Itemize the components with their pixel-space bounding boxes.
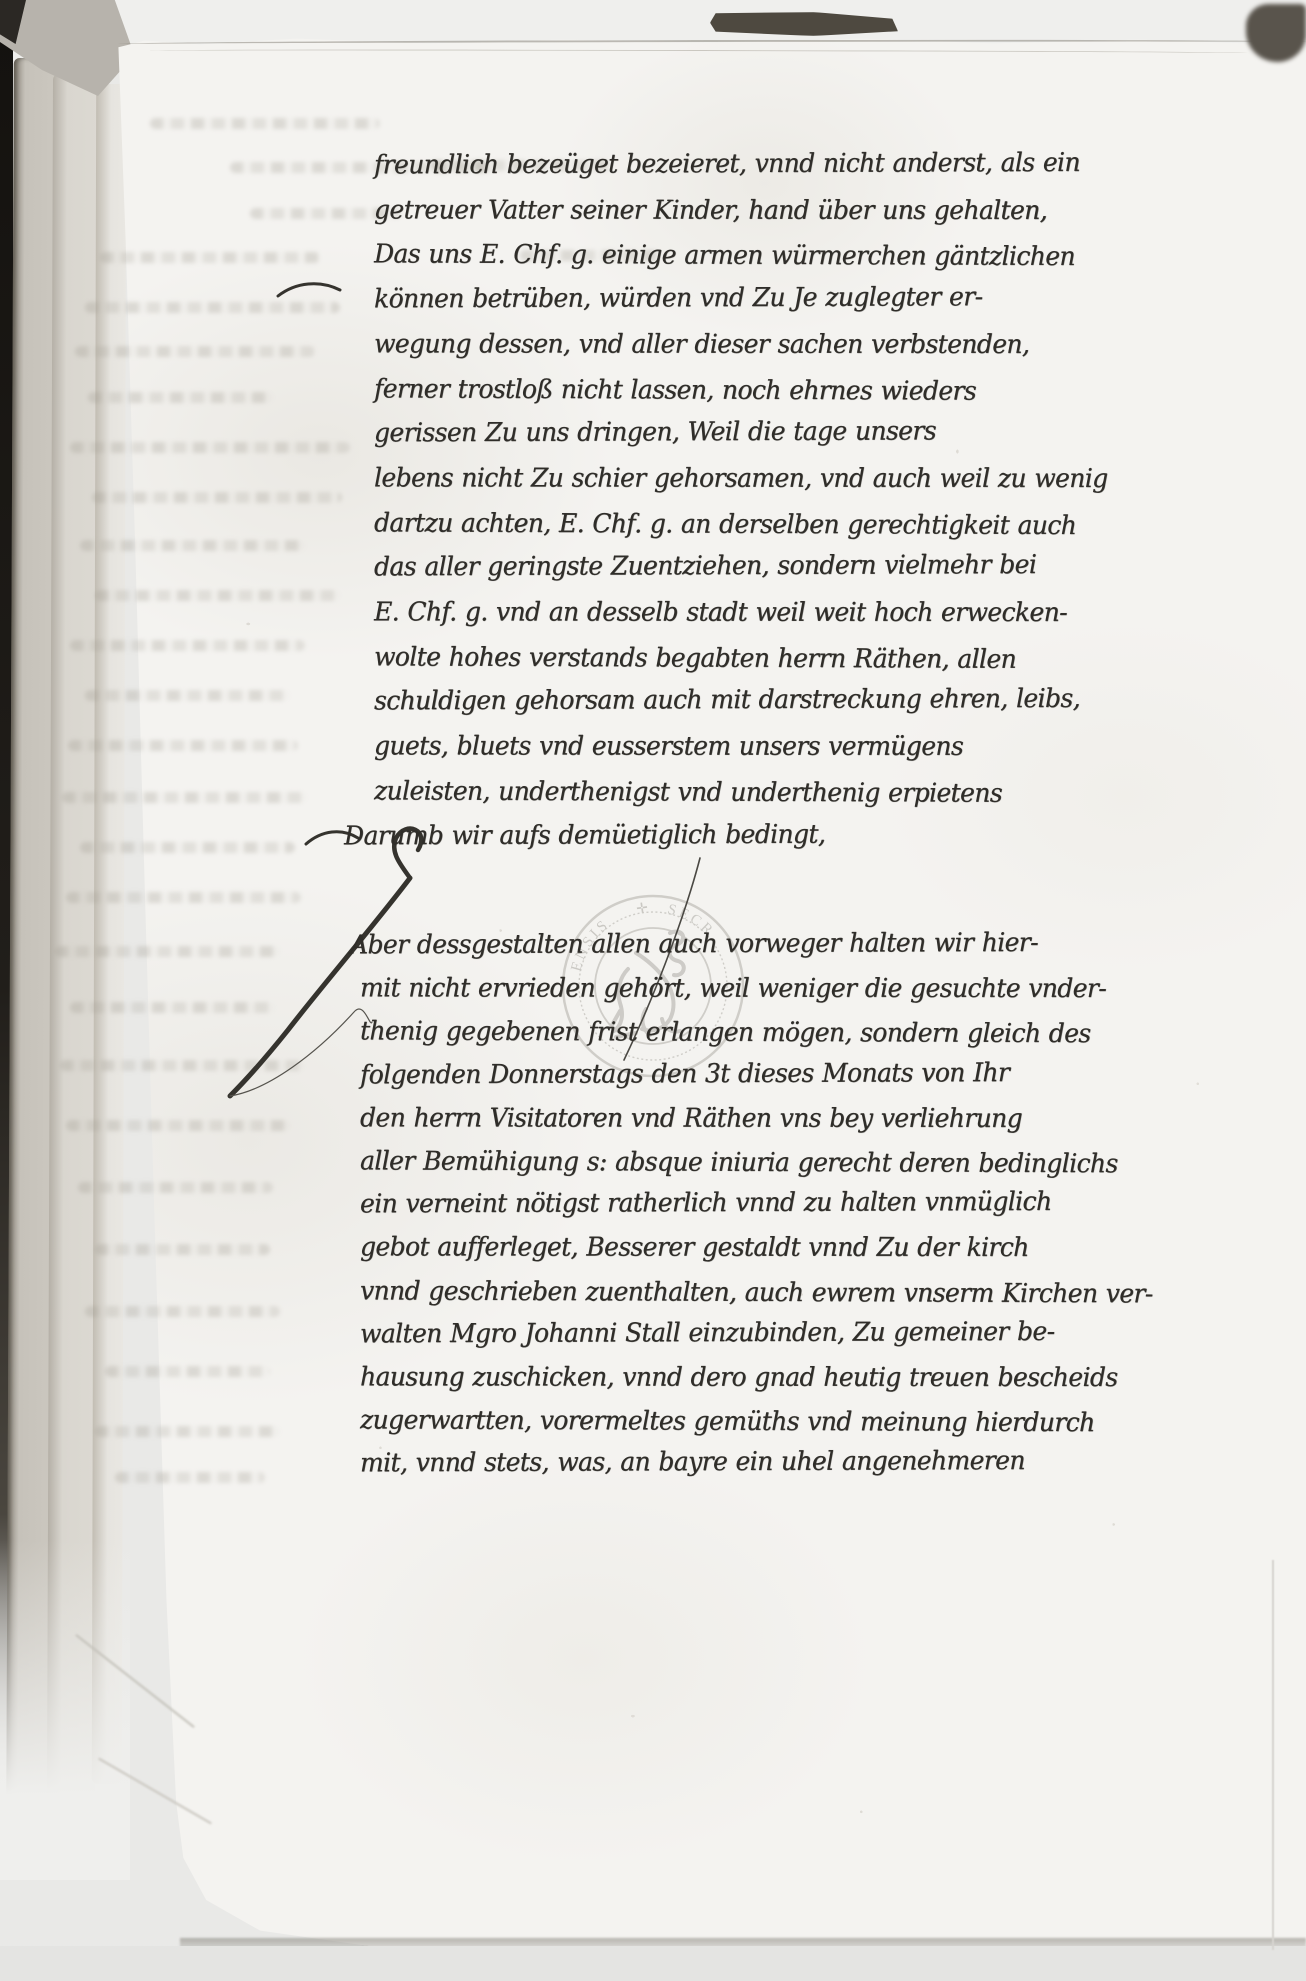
handwritten-line: gebot aufferleget, Besserer gestaldt vnn… <box>360 1231 1029 1262</box>
bleedthrough-ghost-row <box>95 1244 270 1255</box>
handwritten-line: Das uns E. Chf. g. einige armen würmerch… <box>374 238 1075 271</box>
seal-rim-cross: ✛ <box>635 901 649 917</box>
bleedthrough-ghost-row <box>68 740 298 751</box>
bleedthrough-ghost-row <box>95 1426 280 1437</box>
bleedthrough-ghost-row <box>66 1120 291 1131</box>
bleedthrough-ghost-row <box>66 892 301 903</box>
scanner-background-bottom <box>0 1946 1306 1981</box>
edge-band-fade <box>0 1540 130 1880</box>
page-edge-band <box>92 84 126 1784</box>
handwritten-line: E. Chf. g. vnd an desselb stadt weil wei… <box>374 596 1067 627</box>
handwritten-line: mit nicht ervrieden gehört, weil weniger… <box>360 972 1106 1003</box>
handwritten-line: lebens nicht Zu schier gehorsamen, vnd a… <box>374 462 1108 493</box>
handwritten-line: den herrn Visitatoren vnd Räthen vns bey… <box>360 1102 1022 1133</box>
handwritten-line: thenig gegebenen frist erlangen mögen, s… <box>360 1015 1091 1048</box>
bleedthrough-ghost-row <box>85 690 290 701</box>
handwritten-line: getreuer Vatter seiner Kinder, hand über… <box>374 194 1047 225</box>
dark-smudge-top-right <box>1246 4 1306 62</box>
bleedthrough-ghost-row <box>80 842 295 853</box>
handwritten-line: dartzu achten, E. Chf. g. an derselben g… <box>374 507 1076 540</box>
bleedthrough-ghost-row <box>92 492 342 503</box>
handwritten-line: mit, vnnd stets, was, an bayre ein uhel … <box>360 1445 1025 1477</box>
bleedthrough-ghost-row <box>115 1472 265 1483</box>
bleedthrough-ghost-row <box>62 792 307 803</box>
handwritten-line: ferner trostloß nicht lassen, noch ehrne… <box>374 373 976 405</box>
bleedthrough-ghost-row <box>105 1366 270 1377</box>
bleedthrough-ghost-row <box>55 946 280 957</box>
handwritten-line: Darumb wir aufs demüetiglich bedingt, <box>344 819 825 851</box>
bleedthrough-ghost-row <box>75 346 315 357</box>
bleedthrough-ghost-row <box>85 302 340 313</box>
handwritten-line: hausung zuschicken, vnnd dero gnad heuti… <box>360 1361 1118 1392</box>
bleedthrough-ghost-row <box>60 1060 305 1071</box>
bleedthrough-ghost-row <box>85 1306 280 1317</box>
manuscript-scan: ENSIS ✛ SECR <box>0 0 1306 1981</box>
handwritten-line: ein verneint nötigst ratherlich vnnd zu … <box>360 1186 1052 1219</box>
bleedthrough-ghost-row <box>95 590 340 601</box>
handwritten-line: guets, bluets vnd eusserstem unsers verm… <box>374 730 963 761</box>
bleedthrough-ghost-row <box>70 442 350 453</box>
vertical-crease <box>1272 1560 1274 1950</box>
bleedthrough-ghost-row <box>88 392 273 403</box>
handwritten-line: folgenden Donnerstags den 3t dieses Mona… <box>360 1057 1009 1089</box>
bleedthrough-ghost-row <box>100 252 320 263</box>
bleedthrough-ghost-row <box>70 640 305 651</box>
bleedthrough-ghost-row <box>150 118 380 129</box>
handwritten-line: zuleisten, underthenigst vnd underthenig… <box>374 775 1002 808</box>
handwritten-line: walten Mgro Johanni Stall einzubinden, Z… <box>360 1316 1054 1349</box>
handwritten-line: freundlich bezeüget bezeieret, vnnd nich… <box>374 147 1080 180</box>
handwritten-line: können betrüben, würden vnd Zu Je zugleg… <box>374 281 982 313</box>
handwritten-line: zugerwartten, vorermeltes gemüths vnd me… <box>360 1404 1095 1437</box>
handwritten-line: vnnd geschrieben zuenthalten, auch ewrem… <box>360 1275 1153 1308</box>
bleedthrough-ghost-row <box>80 540 305 551</box>
handwritten-line: gerissen Zu uns dringen, Weil die tage u… <box>374 415 936 447</box>
handwritten-line: schuldigen gehorsam auch mit darstreckun… <box>374 683 1080 716</box>
handwritten-line: aller Bemühigung s: absque iniuria gerec… <box>360 1145 1118 1178</box>
handwritten-line: Aber dessgestalten allen auch vorweger h… <box>350 927 1038 960</box>
handwritten-line: wegung dessen, vnd aller dieser sachen v… <box>374 328 1029 359</box>
handwritten-line: wolte hohes verstands begabten herrn Rät… <box>374 641 1016 674</box>
handwritten-line: das aller geringste Zuentziehen, sondern… <box>374 549 1036 581</box>
bleedthrough-ghost-row <box>78 1182 273 1193</box>
bleedthrough-ghost-row <box>70 1002 275 1013</box>
